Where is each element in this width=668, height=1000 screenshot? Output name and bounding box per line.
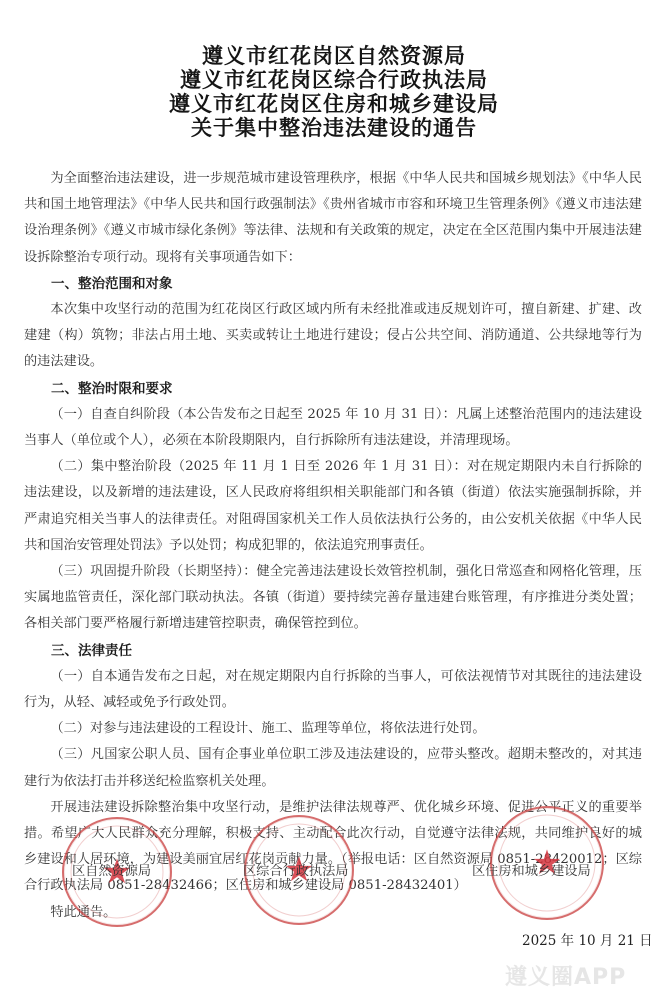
- document-title: 遵义市红花岗区自然资源局 遵义市红花岗区综合行政执法局 遵义市红花岗区住房和城乡…: [0, 44, 668, 140]
- notice-document: 遵义市红花岗区自然资源局 遵义市红花岗区综合行政执法局 遵义市红花岗区住房和城乡…: [0, 0, 668, 1000]
- section-heading-timeline: 二、整治时限和要求: [24, 376, 642, 402]
- signer-law-enforcement: 区综合行政执法局: [243, 860, 349, 879]
- issue-date: 2025 年 10 月 21 日: [522, 929, 653, 949]
- section-paragraph: （三）凡国家公职人员、国有企事业单位职工涉及违法建设的，应带头整改。超期未整改的…: [24, 742, 642, 794]
- section-paragraph: （一）自本通告发布之日起，对在规定期限内自行拆除的当事人，可依法视情节对其既往的…: [24, 664, 642, 716]
- section-paragraph: 本次集中攻坚行动的范围为红花岗区行政区域内所有未经批准或违反规划许可，擅自新建、…: [24, 297, 642, 376]
- section-paragraph: （二）集中整治阶段（2025 年 11 月 1 日至 2026 年 1 月 31…: [24, 454, 642, 559]
- title-line-3: 遵义市红花岗区住房和城乡建设局: [0, 92, 668, 116]
- intro-paragraph: 为全面整治违法建设，进一步规范城市建设管理秩序，根据《中华人民共和国城乡规划法》…: [24, 166, 642, 271]
- section-paragraph: （二）对参与违法建设的工程设计、施工、监理等单位，将依法进行处罚。: [24, 716, 642, 742]
- signer-natural-resources: 区自然资源局: [72, 860, 151, 879]
- section-heading-liability: 三、法律责任: [24, 638, 642, 664]
- section-heading-scope: 一、整治范围和对象: [24, 271, 642, 297]
- title-line-2: 遵义市红花岗区综合行政执法局: [0, 68, 668, 92]
- signer-housing: 区住房和城乡建设局: [472, 860, 591, 879]
- section-paragraph: （三）巩固提升阶段（长期坚持）：健全完善违法建设长效管控机制，强化日常巡查和网格…: [24, 559, 642, 638]
- title-line-4: 关于集中整治违法建设的通告: [0, 116, 668, 140]
- title-line-1: 遵义市红花岗区自然资源局: [0, 44, 668, 68]
- section-paragraph: （一）自查自纠阶段（本公告发布之日起至 2025 年 10 月 31 日）：凡属…: [24, 402, 642, 454]
- watermark: 遵义圈APP: [505, 960, 626, 991]
